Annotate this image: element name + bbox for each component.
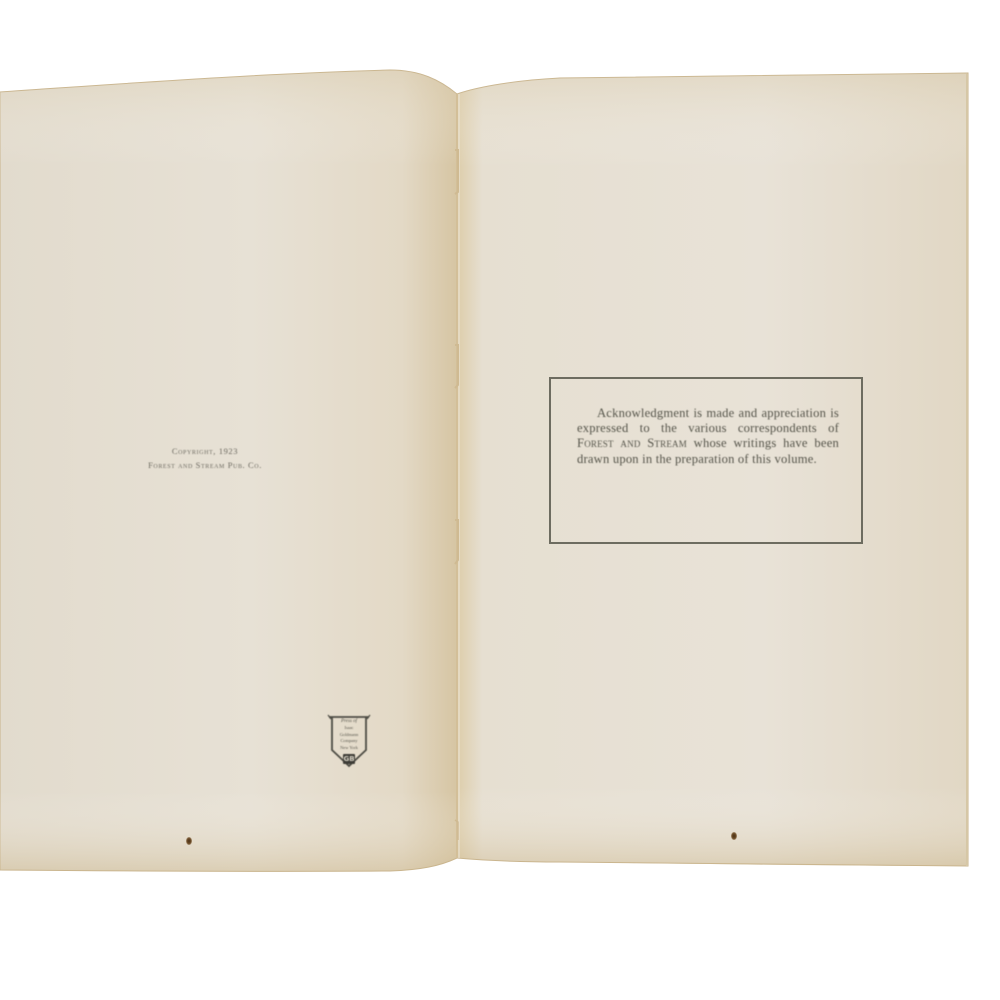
copyright-notice: Copyright, 1923 Forest and Stream Pub. C… <box>110 444 300 472</box>
publication-name: Forest and Stream <box>577 436 687 450</box>
binding-hole-left <box>186 837 192 845</box>
book-spread: Copyright, 1923 Forest and Stream Pub. C… <box>0 0 1000 1000</box>
binding-hole-right <box>731 832 737 840</box>
copyright-year-line: Copyright, 1923 <box>110 444 300 458</box>
printer-mark-text: Press of Isaac Goldmann Company New York <box>332 719 366 751</box>
printer-mark: Press of Isaac Goldmann Company New York… <box>326 714 372 770</box>
acknowledgment-text: Acknowledgment is made and appreciation … <box>577 406 839 467</box>
publisher-line: Forest and Stream Pub. Co. <box>110 458 300 472</box>
printer-logo-icon: GB <box>343 754 355 764</box>
acknowledgment-box: Acknowledgment is made and appreciation … <box>549 377 863 544</box>
